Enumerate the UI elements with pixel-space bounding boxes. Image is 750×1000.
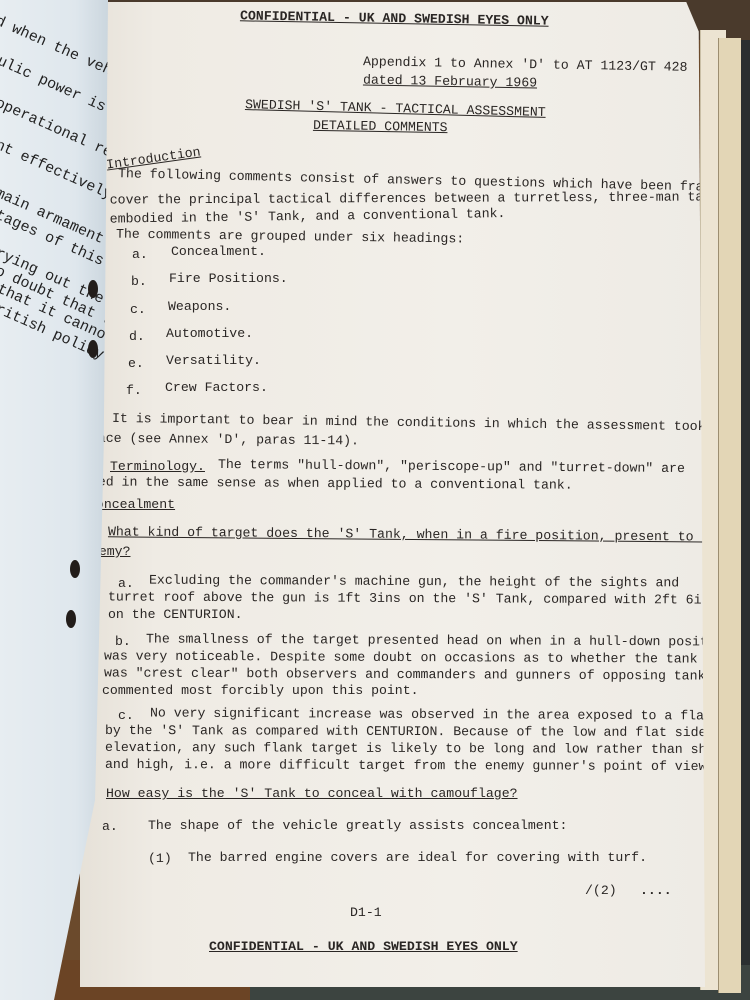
para-1-line: as embodied in the 'S' Tank, and a conve… [86, 207, 506, 226]
document-subtitle: DETAILED COMMENTS [313, 119, 448, 135]
punch-hole [88, 340, 98, 358]
heading-item: Versatility. [166, 354, 261, 367]
question-6: How easy is the 'S' Tank to conceal with… [106, 787, 518, 800]
para-3-line: It is important to bear in mind the cond… [112, 412, 706, 433]
para-3-line: place (see Annex 'D', paras 11-14). [82, 432, 359, 448]
q5-a-line: turret roof above the gun is 1ft 3ins on… [108, 590, 717, 606]
heading-item: Automotive. [166, 327, 253, 340]
reference-date: dated 13 February 1969 [363, 73, 537, 89]
heading-letter: e. [128, 356, 144, 371]
heading-letter: b. [131, 274, 147, 289]
subpara-letter: b. [115, 634, 131, 649]
para-2-text: The comments are grouped under six headi… [116, 228, 464, 246]
classification-footer: CONFIDENTIAL - UK AND SWEDISH EYES ONLY [209, 940, 518, 953]
q5-c-line: by the 'S' Tank as compared with CENTURI… [105, 724, 706, 739]
q5-b-line: The smallness of the target presented he… [146, 632, 732, 648]
heading-letter: f. [126, 383, 142, 398]
punch-hole [70, 560, 80, 578]
subpara-number: (1) [148, 851, 172, 866]
heading-letter: a. [132, 247, 148, 262]
q5-b-line: was "crest clear" both observers and com… [104, 666, 713, 682]
heading-item: Fire Positions. [169, 272, 288, 285]
heading-letter: d. [129, 329, 145, 344]
subpara-letter: c. [118, 708, 134, 723]
document-page: CONFIDENTIAL - UK AND SWEDISH EYES ONLY … [80, 2, 705, 987]
punch-hole [66, 610, 76, 628]
heading-letter: c. [130, 302, 146, 317]
q5-c-line: elevation, any such flank target is like… [105, 741, 730, 756]
continuation-marker: /(2) [585, 884, 617, 897]
para-4-line: The terms "hull-down", "periscope-up" an… [218, 458, 685, 475]
punch-hole [88, 280, 98, 298]
document-title: SWEDISH 'S' TANK - TACTICAL ASSESSMENT [245, 98, 546, 119]
heading-item: Concealment. [171, 245, 266, 258]
page-number: D1-1 [350, 906, 382, 919]
page-stack-edge [718, 38, 741, 993]
question-5-line: What kind of target does the 'S' Tank, w… [108, 525, 725, 544]
q5-c-line: No very significant increase was observe… [150, 707, 720, 723]
q5-b-line: was very noticeable. Despite some doubt … [104, 649, 698, 665]
q5-a-line: on the CENTURION. [108, 608, 243, 621]
q5-a-line: Excluding the commander's machine gun, t… [149, 574, 679, 590]
q5-c-line: and high, i.e. a more difficult target f… [105, 758, 714, 773]
q6-a-text: The shape of the vehicle greatly assists… [148, 819, 567, 832]
continuation-dots: .... [640, 884, 672, 897]
classification-header: CONFIDENTIAL - UK AND SWEDISH EYES ONLY [240, 9, 549, 28]
q6-a-1-text: The barred engine covers are ideal for c… [188, 851, 647, 864]
q5-b-line: commented most forcibly upon this point. [102, 684, 419, 697]
terminology-label: Terminology. [110, 460, 205, 473]
reference-line: Appendix 1 to Annex 'D' to AT 1123/GT 42… [363, 55, 688, 74]
heading-item: Weapons. [168, 300, 231, 313]
heading-item: Crew Factors. [165, 381, 268, 394]
para-1-line: to cover the principal tactical differen… [86, 190, 727, 207]
para-4-line: used in the same sense as when applied t… [82, 475, 573, 492]
subpara-letter: a. [102, 819, 118, 834]
